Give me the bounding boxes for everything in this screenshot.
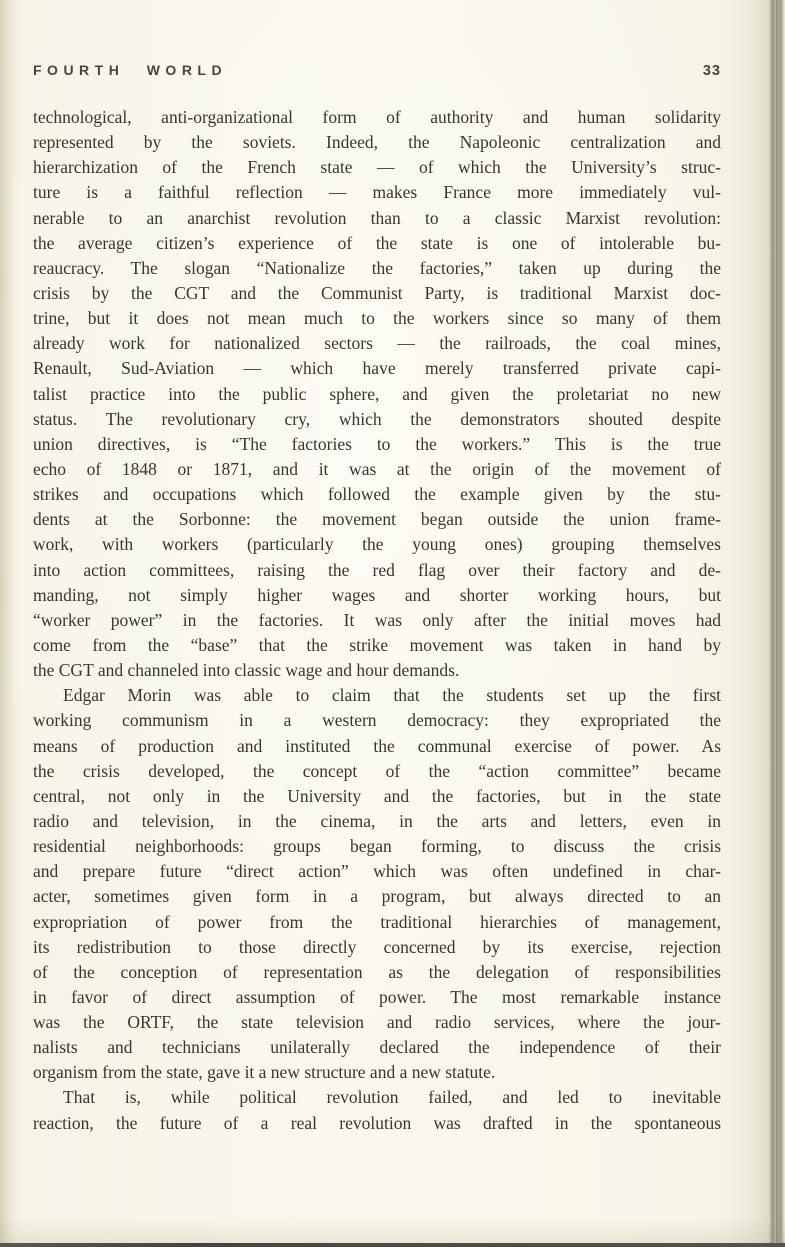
text-line: reaucracy. The slogan “Nationalize the f… [33, 256, 721, 281]
text-line: echo of 1848 or 1871, and it was at the … [33, 457, 721, 482]
text-line: talist practice into the public sphere, … [33, 382, 721, 407]
text-line: the CGT and channeled into classic wage … [33, 658, 721, 683]
running-title: FOURTH WORLD [33, 62, 227, 78]
page-body-text: technological, anti-organizational form … [33, 105, 721, 1136]
text-line: was the ORTF, the state television and r… [33, 1010, 721, 1035]
book-page-scan: FOURTH WORLD 33 technological, anti-orga… [0, 0, 785, 1247]
text-line: hierarchization of the French state — of… [33, 155, 721, 180]
text-line: come from the “base” that the strike mov… [33, 633, 721, 658]
text-line: nerable to an anarchist revolution than … [33, 206, 721, 231]
text-line: already work for nationalized sectors — … [33, 331, 721, 356]
scan-bottom-line [0, 1243, 785, 1247]
text-line: the crisis developed, the concept of the… [33, 759, 721, 784]
text-line: status. The revolutionary cry, which the… [33, 407, 721, 432]
text-line: union directives, is “The factories to t… [33, 432, 721, 457]
text-line: trine, but it does not mean much to the … [33, 306, 721, 331]
text-line: dents at the Sorbonne: the movement bega… [33, 507, 721, 532]
text-line: Edgar Morin was able to claim that the s… [33, 683, 721, 708]
text-line: nalists and technicians unilaterally dec… [33, 1035, 721, 1060]
running-header: FOURTH WORLD 33 [33, 62, 721, 79]
text-line: strikes and occupations which followed t… [33, 482, 721, 507]
text-line: acter, sometimes given form in a program… [33, 884, 721, 909]
text-line: work, with workers (particularly the you… [33, 532, 721, 557]
text-line: technological, anti-organizational form … [33, 105, 721, 130]
page-edge-strip [769, 0, 785, 1247]
text-line: That is, while political revolution fail… [33, 1085, 721, 1110]
text-line: and prepare future “direct action” which… [33, 859, 721, 884]
text-line: crisis by the CGT and the Communist Part… [33, 281, 721, 306]
text-line: reaction, the future of a real revolutio… [33, 1111, 721, 1136]
text-line: radio and television, in the cinema, in … [33, 809, 721, 834]
text-line: organism from the state, gave it a new s… [33, 1060, 721, 1085]
text-line: working communism in a western democracy… [33, 708, 721, 733]
text-line: means of production and instituted the c… [33, 734, 721, 759]
left-page-edge-shadow [0, 0, 16, 1247]
text-line: Renault, Sud-Aviation — which have merel… [33, 356, 721, 381]
bottom-edge-shadow [0, 1217, 785, 1243]
text-line: the average citizen’s experience of the … [33, 231, 721, 256]
text-line: residential neighborhoods: groups began … [33, 834, 721, 859]
text-line: of the conception of representation as t… [33, 960, 721, 985]
text-line: in favor of direct assumption of power. … [33, 985, 721, 1010]
text-line: “worker power” in the factories. It was … [33, 608, 721, 633]
page-number: 33 [703, 63, 721, 79]
text-line: manding, not simply higher wages and sho… [33, 583, 721, 608]
text-line: its redistribution to those directly con… [33, 935, 721, 960]
right-gutter-shadow [729, 0, 769, 1247]
text-line: ture is a faithful reflection — makes Fr… [33, 180, 721, 205]
text-line: expropriation of power from the traditio… [33, 910, 721, 935]
text-line: represented by the soviets. Indeed, the … [33, 130, 721, 155]
text-line: into action committees, raising the red … [33, 558, 721, 583]
text-line: central, not only in the University and … [33, 784, 721, 809]
